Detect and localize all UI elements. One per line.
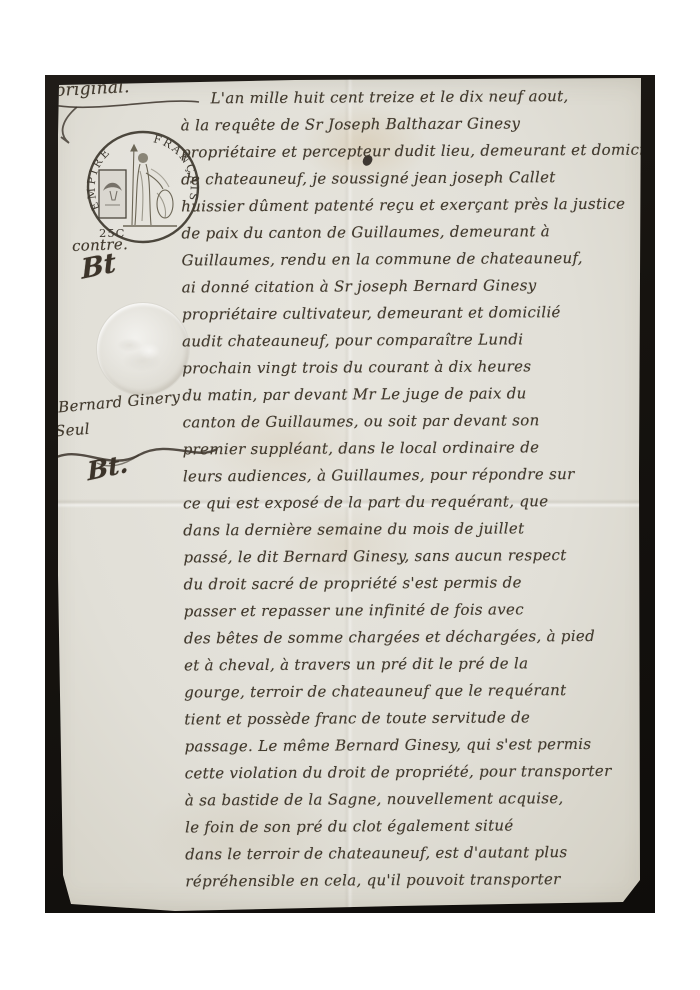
manuscript-line: passer et repasser une infinité de fois … <box>184 596 646 626</box>
manuscript-line: et à cheval, à travers un pré dit le pré… <box>184 650 646 680</box>
party-name-seul: Seul <box>54 420 90 440</box>
manuscript-line: cette violation du droit de propriété, p… <box>185 758 647 788</box>
embossed-seal-relief <box>111 319 173 377</box>
manuscript-line: passage. Le même Bernard Ginesy, qui s'e… <box>184 731 646 761</box>
manuscript-line: dans la dernière semaine du mois de juil… <box>183 515 645 545</box>
manuscript-line: canton de Guillaumes, ou soit par devant… <box>183 407 645 437</box>
manuscript-line: ce qui est exposé de la part du requéran… <box>183 488 645 518</box>
manuscript-line: propriétaire et percepteur dudit lieu, d… <box>181 137 643 167</box>
paraph-mark-top: Bt <box>80 247 117 286</box>
manuscript-line: du matin, par devant Mr Le juge de paix … <box>182 380 644 410</box>
manuscript-line: dans le terroir de chateauneuf, est d'au… <box>185 839 647 869</box>
party-name-annotation: Bernard Ginery <box>57 388 180 417</box>
stamp-eagle-tablet <box>99 170 126 218</box>
manuscript-line: répréhensible en cela, qu'il pouvoit tra… <box>185 866 647 896</box>
manuscript-line: leurs audiences, à Guillaumes, pour répo… <box>183 461 645 491</box>
manuscript-line: prochain vingt trois du courant à dix he… <box>182 353 644 383</box>
original-annotation: original. <box>55 77 131 101</box>
manuscript-line: Guillaumes, rendu en la commune de chate… <box>182 245 644 275</box>
embossed-seal <box>97 303 189 395</box>
manuscript-line: passé, le dit Bernard Ginesy, sans aucun… <box>183 542 645 572</box>
manuscript-line: des bêtes de somme chargées et déchargée… <box>184 623 646 653</box>
manuscript-line: à la requête de Sr Joseph Balthazar Gine… <box>181 110 643 140</box>
manuscript-line: huissier dûment patenté reçu et exerçant… <box>181 191 643 221</box>
manuscript-line: propriétaire cultivateur, demeurant et d… <box>182 299 644 329</box>
manuscript-line: ai donné citation à Sr joseph Bernard Gi… <box>182 272 644 302</box>
manuscript-line: tient et possède franc de toute servitud… <box>184 704 646 734</box>
manuscript-line: audit chateauneuf, pour comparaître Lund… <box>182 326 644 356</box>
manuscript-line: de chateauneuf, je soussigné jean joseph… <box>181 164 643 194</box>
photo-backdrop: original. EMPIRE FRANÇAIS <box>45 75 655 913</box>
manuscript-line: L'an mille huit cent treize et le dix ne… <box>181 83 643 113</box>
manuscript-line: le foin de son pré du clot également sit… <box>185 812 647 842</box>
manuscript-line: à sa bastide de la Sagne, nouvellement a… <box>185 785 647 815</box>
paraph-mark-bottom: Bt. <box>86 449 129 487</box>
manuscript-line: de paix du canton de Guillaumes, demeura… <box>181 218 643 248</box>
manuscript-line: gourge, terroir de chateauneuf que le re… <box>184 677 646 707</box>
manuscript-line: du droit sacré de propriété s'est permis… <box>183 569 645 599</box>
manuscript-paper: original. EMPIRE FRANÇAIS <box>45 75 655 913</box>
manuscript-line: premier suppléant, dans le local ordinai… <box>183 434 645 464</box>
manuscript-body: L'an mille huit cent treize et le dix ne… <box>181 83 648 896</box>
